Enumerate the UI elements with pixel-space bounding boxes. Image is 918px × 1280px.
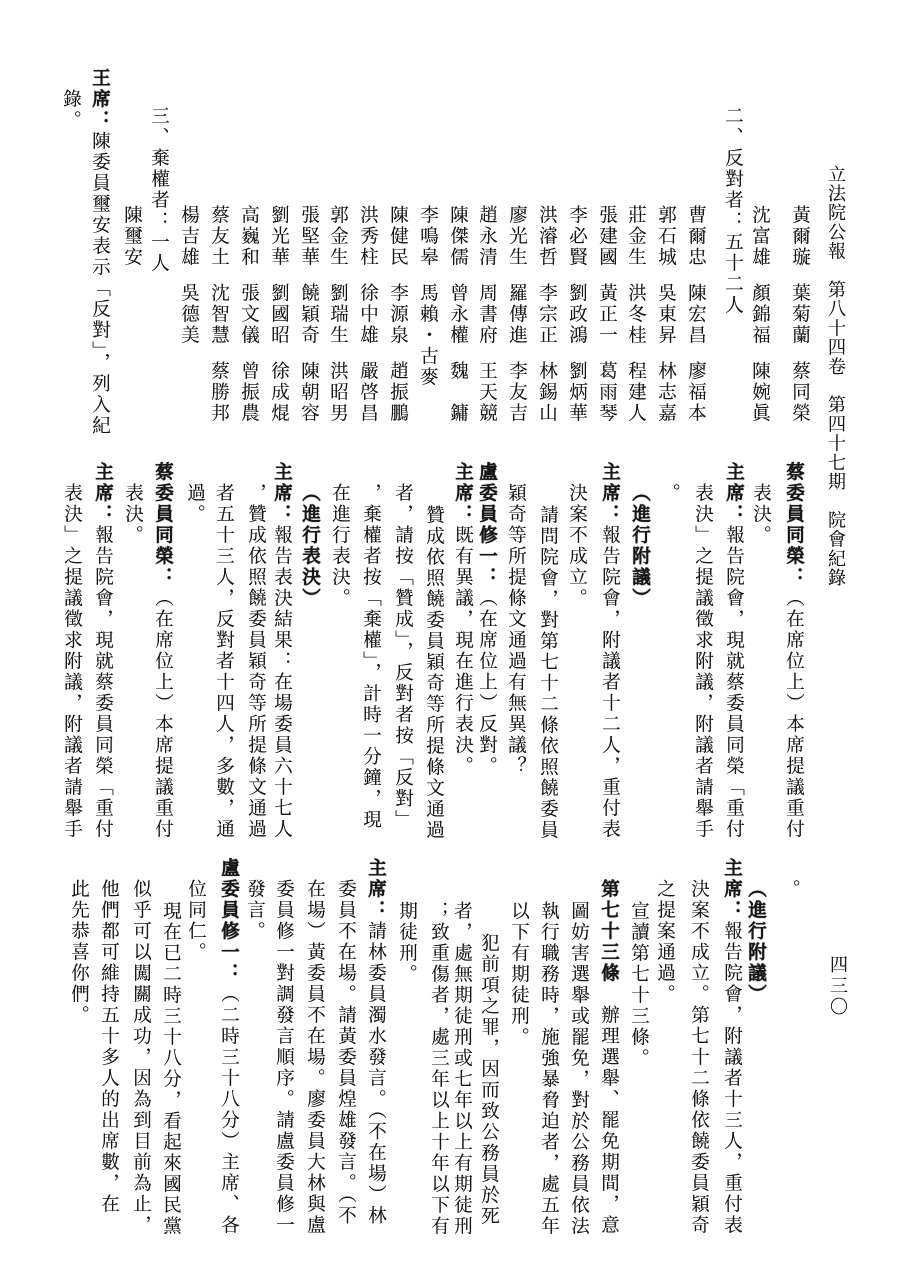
speech-continuation: 之提案通過。 <box>655 879 674 1005</box>
column-text: 現在已二時三十八分，看起來國民黨 <box>161 901 181 1237</box>
speech-continuation: 在場）黃委員不在場。廖委員大林與盧 <box>305 879 324 1236</box>
speech-continuation: 似乎可以闖關成功，因為到目前為止， <box>131 879 150 1236</box>
article-text: 執行職務時，施強暴脅迫者，處五年 <box>539 901 558 1237</box>
speech-paragraph: 現在已二時三十八分，看起來國民黨 <box>161 901 180 1237</box>
column-text: 犯前項之罪，因而致公務員於死 <box>479 933 499 1227</box>
article-text: 犯前項之罪，因而致公務員於死 <box>479 933 498 1227</box>
column-text: ；致重傷者，處三年以上十年以下有 <box>429 901 449 1237</box>
column-text: 之提案通過。 <box>655 879 675 1005</box>
speech-continuation: 他們都可維持五十多人的出席數，在 <box>99 879 118 1215</box>
bold-label: 主席： <box>722 858 742 921</box>
article-text: 圖妨害選舉或罷免，對於公務員依法 <box>569 901 588 1237</box>
column-text: 請林委員濁水發言。（不在場）林 <box>366 921 386 1227</box>
speech-paragraph: 宣讀第七十三條。 <box>629 901 648 1069</box>
column-text: 在場）黃委員不在場。廖委員大林與盧 <box>305 879 325 1236</box>
column-text: 以下有期徒刑。 <box>509 901 529 1048</box>
bold-label: 盧委員修一： <box>219 858 239 984</box>
column-text: 執行職務時，施強暴脅迫者，處五年 <box>539 901 559 1237</box>
article-text: 以下有期徒刑。 <box>509 901 528 1048</box>
column-text: 委員修一對調發言順序。請盧委員修一 <box>274 879 294 1236</box>
speech-continuation: 。 <box>780 879 799 900</box>
bold-label: 第七十三條 <box>599 879 619 984</box>
speech-continuation: 委員修一對調發言順序。請盧委員修一 <box>274 879 293 1236</box>
register-bottom: 。（進行附議）主席：報告院會，附議者十三人，重付表決案不成立。第七十二條依饒委員… <box>0 0 918 1280</box>
column-text: 發言。 <box>245 879 265 942</box>
column-text: 他們都可維持五十多人的出席數，在 <box>99 879 119 1215</box>
speech-continuation: 委員不在場。請黃委員煌雄發言。（不 <box>336 879 355 1227</box>
article-text: 者，處無期徒刑或七年以上有期徒刑 <box>452 901 471 1237</box>
column-text: 決案不成立。第七十二條依饒委員穎奇 <box>689 879 709 1236</box>
column-text: 此先恭喜你們。 <box>69 879 89 1026</box>
column-text: 委員不在場。請黃委員煌雄發言。（不 <box>336 879 356 1227</box>
column-text: 者，處無期徒刑或七年以上有期徒刑 <box>452 901 472 1237</box>
speech-continuation: 發言。 <box>245 879 264 942</box>
speech: 主席：請林委員濁水發言。（不在場）林 <box>366 858 385 1227</box>
column-text: 。 <box>780 879 800 900</box>
speech-continuation: 決案不成立。第七十二條依饒委員穎奇 <box>689 879 708 1236</box>
article-text: 期徒刑。 <box>397 901 416 985</box>
speech: 盧委員修一：（二時三十八分）主席、各 <box>219 858 238 1236</box>
column-text: 圖妨害選舉或罷免，對於公務員依法 <box>569 901 589 1237</box>
stage-direction: （進行附議） <box>746 879 765 1005</box>
bold-label: 主席： <box>366 858 386 921</box>
article-text: 第七十三條 辦理選舉、罷免期間，意 <box>599 879 618 1236</box>
bold-label: （進行附議） <box>746 879 766 1005</box>
gazette-page: 立法院公報 第八十四卷 第四十七期 院會紀錄 四三〇 黃爾璇葉菊蘭蔡同榮沈富雄顏… <box>0 0 918 1280</box>
article-text: ；致重傷者，處三年以上十年以下有 <box>429 901 448 1237</box>
speech-continuation: 位同仁。 <box>186 879 205 963</box>
column-text: （二時三十八分）主席、各 <box>219 984 239 1236</box>
speech-continuation: 此先恭喜你們。 <box>69 879 88 1026</box>
column-text: 位同仁。 <box>186 879 206 963</box>
column-text: 宣讀第七十三條。 <box>629 901 649 1069</box>
column-text: 報告院會，附議者十三人，重付表 <box>722 921 742 1236</box>
column-text: 期徒刑。 <box>397 901 417 985</box>
column-text: 辦理選舉、罷免期間，意 <box>599 984 619 1236</box>
column-text: 似乎可以闖關成功，因為到目前為止， <box>131 879 151 1236</box>
speech: 主席：報告院會，附議者十三人，重付表 <box>722 858 741 1236</box>
